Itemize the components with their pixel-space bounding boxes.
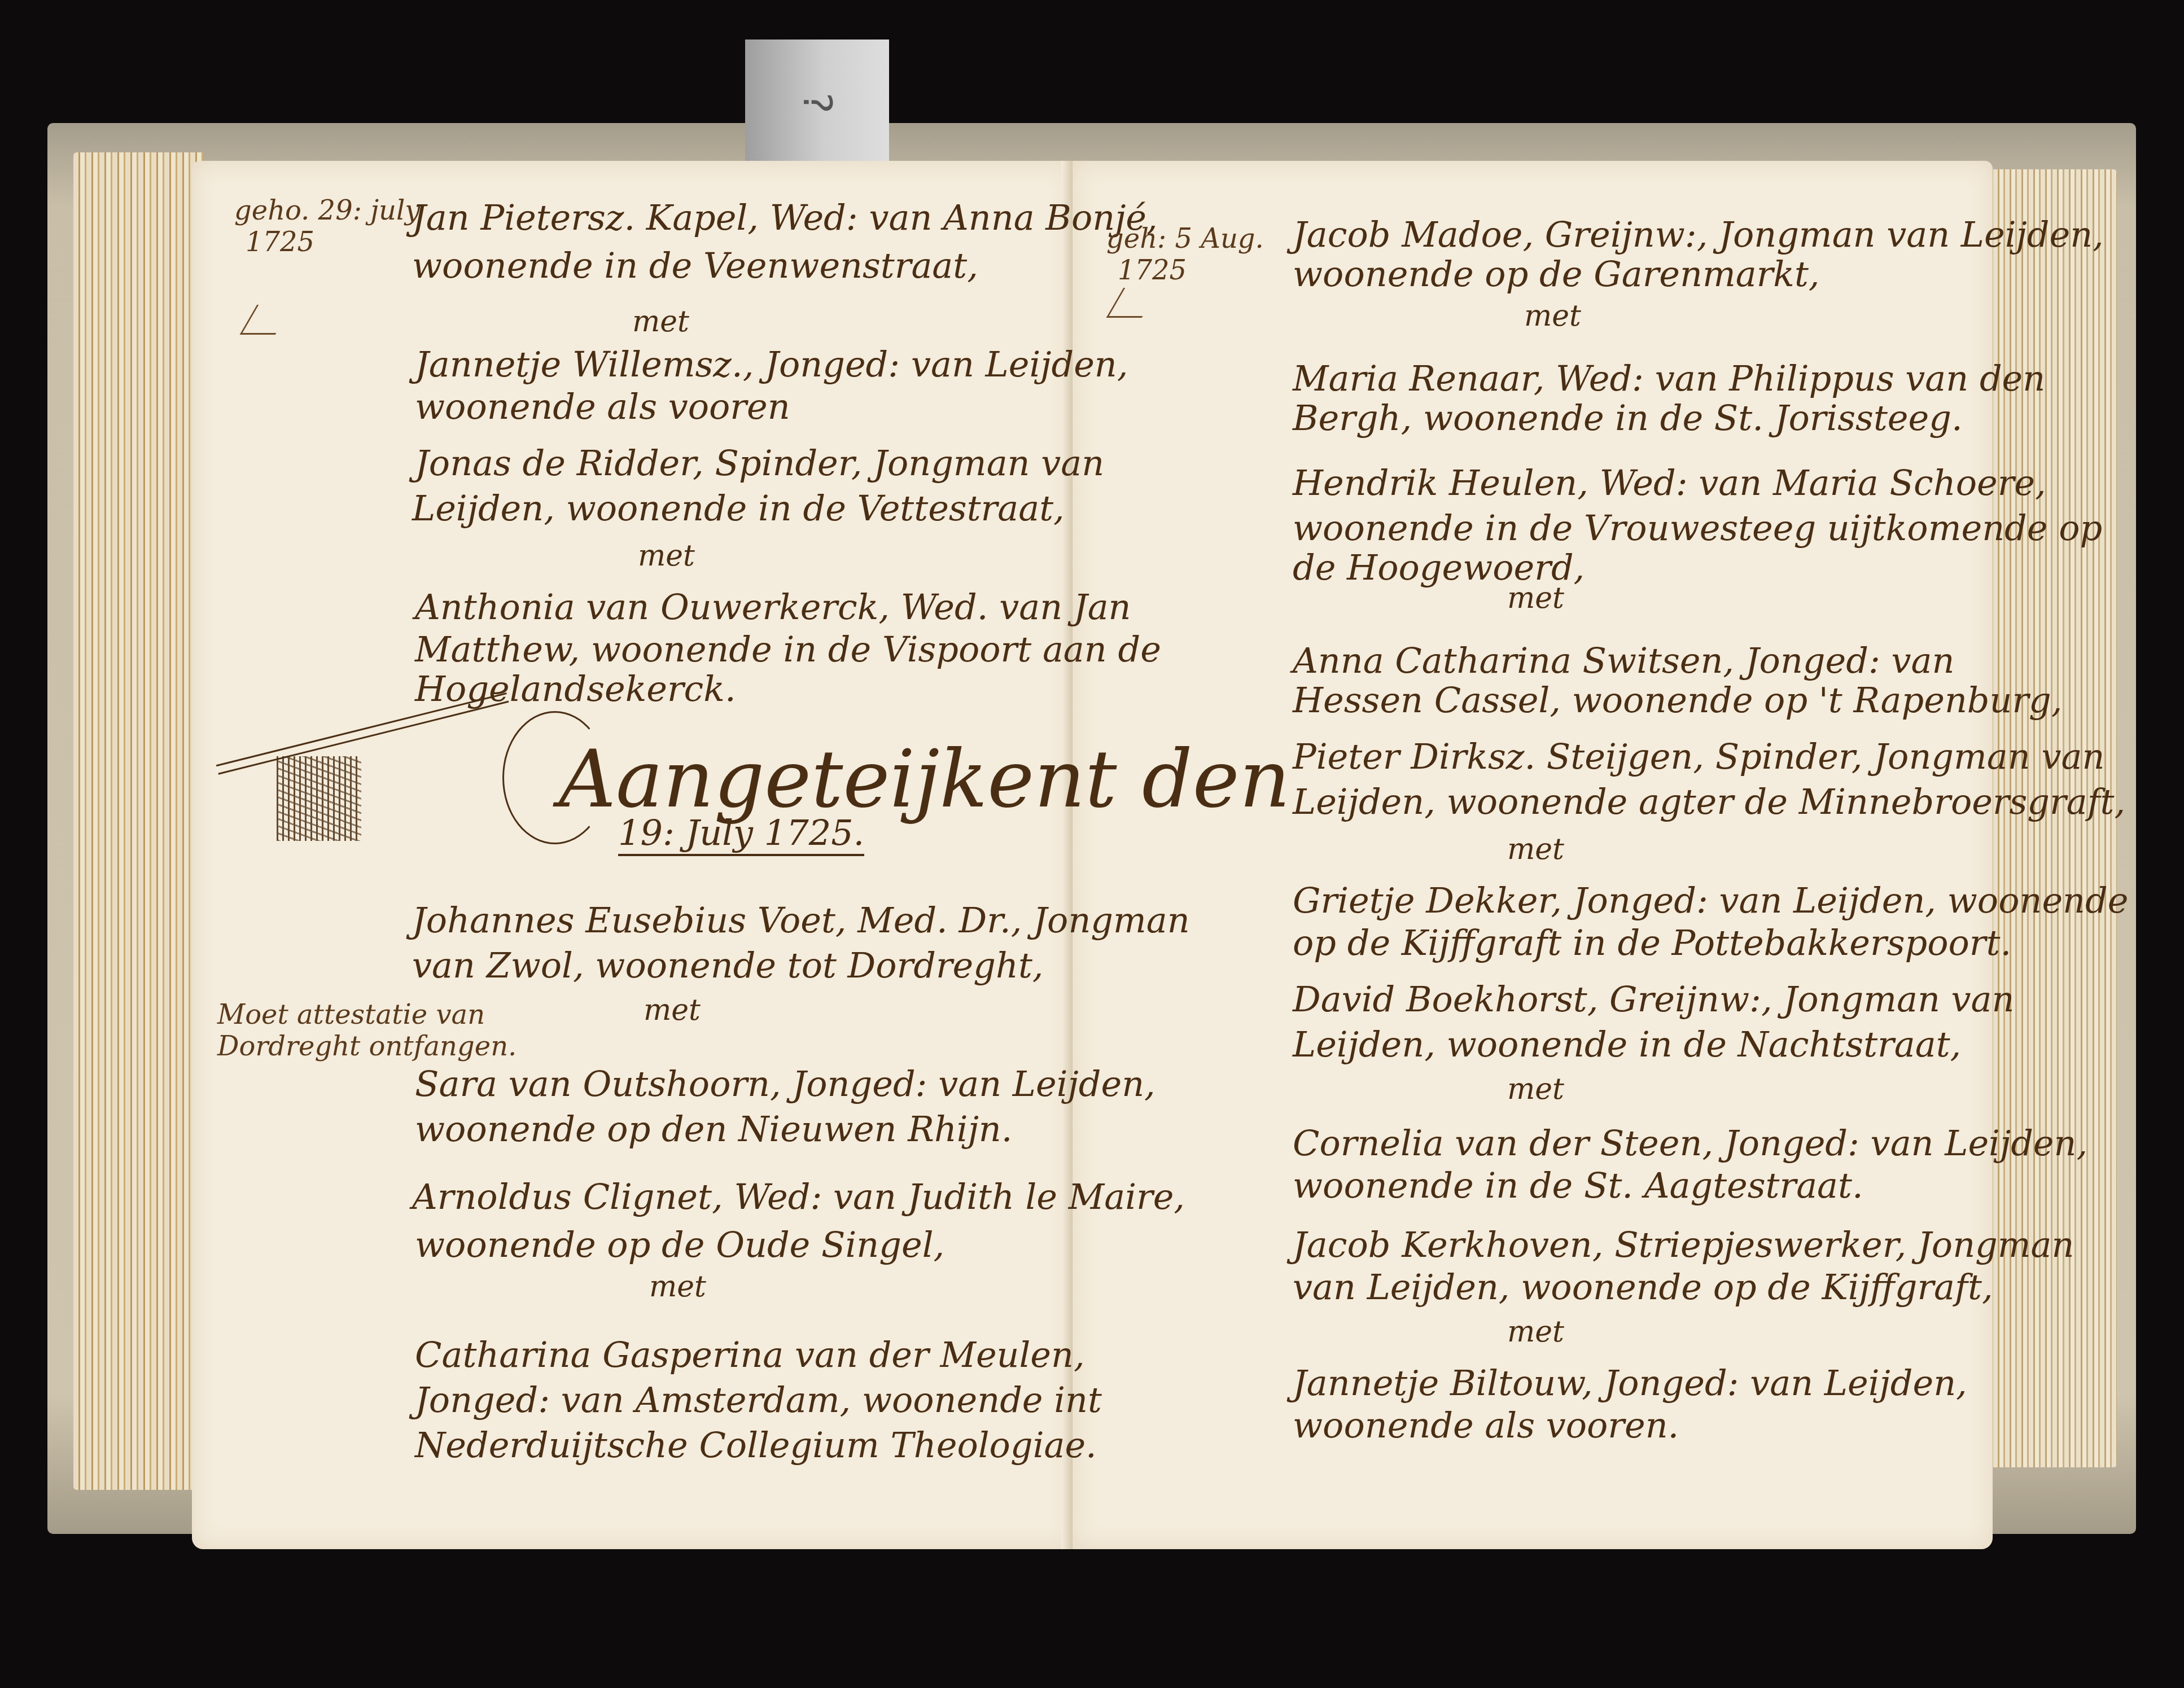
met-connector: met xyxy=(1507,1072,1564,1106)
entry-bride-line: op de Kijffgraft in de Pottebakkerspoort… xyxy=(1293,926,2011,961)
margin-note-line: 1725 xyxy=(1118,255,1264,286)
met-connector: met xyxy=(644,993,701,1027)
entry-groom-line: van Leijden, woonende op de Kijffgraft, xyxy=(1293,1270,1993,1305)
entry-groom-line: Leijden, woonende agter de Minnebroersgr… xyxy=(1293,784,2125,819)
entry-bride-line: Matthew, woonende in de Vispoort aan de xyxy=(415,632,1161,667)
met-connector: met xyxy=(1507,1315,1564,1349)
entry-bride-line: woonende op den Nieuwen Rhijn. xyxy=(415,1112,1013,1147)
entry-bride-line: Jannetje Willemsz., Jonged: van Leijden, xyxy=(415,347,1128,382)
entry-bride-line: woonende in de St. Aagtestraat. xyxy=(1293,1168,1863,1203)
entry-groom-line: Arnoldus Clignet, Wed: van Judith le Mai… xyxy=(412,1180,1185,1215)
entry-bride-line: woonende als vooren xyxy=(415,389,790,424)
entry-bride-line: Jonged: van Amsterdam, woonende int xyxy=(415,1383,1102,1418)
entry-bride-line: Jannetje Biltouw, Jonged: van Leijden, xyxy=(1293,1366,1967,1401)
entry-bride-line: Hogelandsekerck. xyxy=(415,672,736,707)
entry-groom-line: woonende in de Veenwenstraat, xyxy=(412,248,978,283)
section-date: 19: July 1725. xyxy=(618,815,864,856)
entry-bride-line: Cornelia van der Steen, Jonged: van Leij… xyxy=(1293,1126,2087,1161)
met-connector: met xyxy=(1507,832,1564,866)
entry-groom-line: Jan Pietersz. Kapel, Wed: van Anna Bonjé… xyxy=(412,200,1158,235)
entry-bride-line: Sara van Outshoorn, Jonged: van Leijden, xyxy=(415,1067,1156,1102)
entry-bride-line: Maria Renaar, Wed: van Philippus van den xyxy=(1293,361,2045,396)
entry-groom-line: Leijden, woonende in de Vettestraat, xyxy=(412,491,1065,526)
entry-bride-line: Hessen Cassel, woonende op 't Rapenburg, xyxy=(1293,683,2063,718)
entry-groom-line: Johannes Eusebius Voet, Med. Dr., Jongma… xyxy=(412,903,1190,938)
entry-groom-line: de Hoogewoerd, xyxy=(1293,550,1585,585)
margin-note-line: geho. 29: july xyxy=(234,195,420,226)
entry-bride-line: Anthonia van Ouwerkerck, Wed. van Jan xyxy=(415,590,1131,625)
hatched-mark-icon xyxy=(277,756,361,841)
entry-bride-line: Anna Catharina Switsen, Jonged: van xyxy=(1293,643,1954,678)
entry-bride-line: Grietje Dekker, Jonged: van Leijden, woo… xyxy=(1293,883,2128,918)
margin-note-date: geh: 5 Aug. 1725 xyxy=(1106,223,1264,286)
entry-groom-line: woonende op de Garenmarkt, xyxy=(1293,257,1820,292)
entry-groom-line: Jonas de Ridder, Spinder, Jongman van xyxy=(415,446,1104,481)
entry-groom-line: Jacob Kerkhoven, Striepjeswerker, Jongma… xyxy=(1293,1227,2074,1262)
margin-note-line: 1725 xyxy=(246,226,420,258)
entry-groom-line: Leijden, woonende in de Nachtstraat, xyxy=(1293,1027,1961,1062)
met-connector: met xyxy=(649,1270,706,1304)
entry-groom-line: Hendrik Heulen, Wed: van Maria Schoere, xyxy=(1293,466,2046,501)
entry-groom-line: woonende op de Oude Singel, xyxy=(415,1227,944,1262)
margin-note-attestation: Moet attestatie van Dordreght ontfangen. xyxy=(217,999,517,1062)
entry-bride-line: Catharina Gasperina van der Meulen, xyxy=(415,1338,1085,1373)
met-connector: met xyxy=(1524,299,1581,333)
margin-note-line: geh: 5 Aug. xyxy=(1106,223,1264,255)
entry-groom-line: Jacob Madoe, Greijnw:, Jongman van Leijd… xyxy=(1293,217,2104,252)
met-connector: met xyxy=(1507,581,1564,615)
met-connector: met xyxy=(632,305,689,339)
met-connector: met xyxy=(638,539,695,573)
margin-note-line: Moet attestatie van xyxy=(217,999,517,1031)
entry-groom-line: David Boekhorst, Greijnw:, Jongman van xyxy=(1293,982,2014,1017)
entry-bride-line: woonende als vooren. xyxy=(1293,1408,1679,1443)
entry-groom-line: woonende in de Vrouwesteeg uijtkomende o… xyxy=(1293,511,2102,546)
margin-note-line: Dordreght ontfangen. xyxy=(217,1031,517,1062)
entry-groom-line: Pieter Dirksz. Steijgen, Spinder, Jongma… xyxy=(1293,739,2104,774)
entry-bride-line: Bergh, woonende in de St. Jorissteeg. xyxy=(1293,401,1963,436)
page-edges-left xyxy=(73,152,203,1490)
margin-note-date: geho. 29: july 1725 xyxy=(234,195,420,258)
entry-bride-line: Nederduijtsche Collegium Theologiae. xyxy=(415,1428,1097,1463)
entry-groom-line: van Zwol, woonende tot Dordreght, xyxy=(412,948,1044,983)
archive-tab: ? xyxy=(745,40,889,169)
